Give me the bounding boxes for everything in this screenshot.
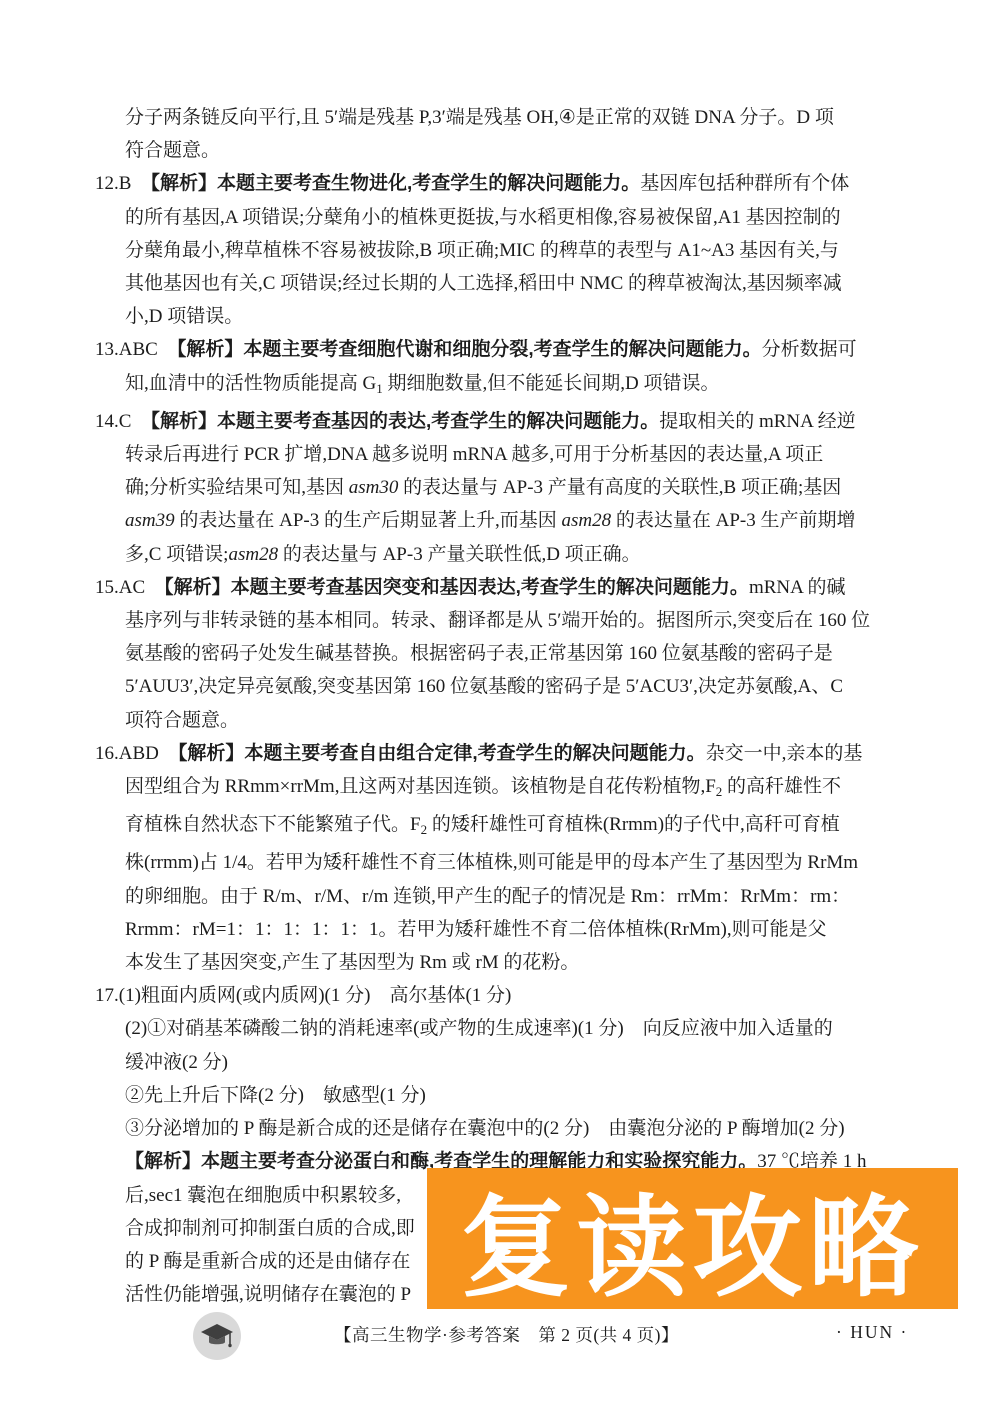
text: 的 P 酶是重新合成的还是由储存在 — [125, 1251, 410, 1272]
text: 分子两条链反向平行,且 5′端是残基 P,3′端是残基 OH,④是正常的双链 D… — [125, 107, 834, 128]
text-line: 17.(1)粗面内质网(或内质网)(1 分) 高尔基体(1 分) — [95, 979, 940, 1012]
text-line: 16.ABD 【解析】本题主要考查自由组合定律,考查学生的解决问题能力。杂交一中… — [95, 737, 940, 770]
text: 多,C 项错误; — [125, 544, 228, 565]
footer-page-info: 【高三生物学·参考答案 第 2 页(共 4 页)】 — [334, 1322, 679, 1347]
text: 15.AC — [95, 577, 164, 598]
text-line: 本发生了基因突变,产生了基因型为 Rm 或 rM 的花粉。 — [95, 946, 940, 979]
text: 的表达量在 AP-3 生产前期增 — [611, 510, 855, 531]
text-line: 确;分析实验结果可知,基因 asm30 的表达量与 AP-3 产量有高度的关联性… — [95, 471, 940, 504]
text-line: 知,血清中的活性物质能提高 G1 期细胞数量,但不能延长间期,D 项错误。 — [95, 367, 940, 405]
text: 的矮秆雄性可育植株(Rrmm)的子代中,高秆可育植 — [427, 814, 840, 835]
italic-text: asm30 — [349, 477, 399, 498]
text: 的高秆雄性不 — [722, 776, 841, 797]
text: 符合题意。 — [125, 140, 220, 161]
bold-text: 【解析】本题主要考查基因的表达,考查学生的解决问题能力。 — [150, 411, 659, 432]
footer-region-code: · HUN · — [836, 1322, 908, 1343]
text-line: Rrmm：rM=1：1：1：1：1：1。若甲为矮秆雄性不育二倍体植株(RrMm)… — [95, 913, 940, 946]
text: 的表达量与 AP-3 产量关联性低,D 项正确。 — [278, 544, 641, 565]
bold-text: 【解析】本题主要考查自由组合定律,考查学生的解决问题能力。 — [178, 743, 706, 764]
text: 12.B — [95, 173, 150, 194]
bold-text: 【解析】本题主要考查基因突变和基因表达,考查学生的解决问题能力。 — [164, 577, 749, 598]
text: mRNA 的碱 — [749, 577, 846, 598]
text: 氨基酸的密码子处发生碱基替换。根据密码子表,正常基因第 160 位氨基酸的密码子… — [125, 643, 833, 664]
text-line: 的卵细胞。由于 R/m、r/M、r/m 连锁,甲产生的配子的情况是 Rm：rrM… — [95, 880, 940, 913]
text-line: 因型组合为 RRmm×rrMm,且这两对基因连锁。该植物是自花传粉植物,F2 的… — [95, 770, 940, 808]
text-line: 分蘖角最小,稗草植株不容易被拔除,B 项正确;MIC 的稗草的表型与 A1~A3… — [95, 234, 940, 267]
text: 基因库包括种群所有个体 — [640, 173, 849, 194]
text-line: 15.AC 【解析】本题主要考查基因突变和基因表达,考查学生的解决问题能力。mR… — [95, 571, 940, 604]
text: 17.(1)粗面内质网(或内质网)(1 分) 高尔基体(1 分) — [95, 985, 511, 1006]
text-line: ③分泌增加的 P 酶是新合成的还是储存在囊泡中的(2 分) 由囊泡分泌的 P 酶… — [95, 1112, 940, 1145]
text-line: (2)①对硝基苯磷酸二钠的消耗速率(或产物的生成速率)(1 分) 向反应液中加入… — [95, 1012, 940, 1045]
document-body: 分子两条链反向平行,且 5′端是残基 P,3′端是残基 OH,④是正常的双链 D… — [95, 101, 940, 1311]
text: 的所有基因,A 项错误;分蘖角小的植株更挺拔,与水稻更相像,容易被保留,A1 基… — [125, 207, 841, 228]
text: 活性仍能增强,说明储存在囊泡的 P — [125, 1284, 411, 1305]
text: 本发生了基因突变,产生了基因型为 Rm 或 rM 的花粉。 — [125, 952, 579, 973]
text: 合成抑制剂可抑制蛋白质的合成,即 — [125, 1218, 415, 1239]
text-line: 基序列与非转录链的基本相同。转录、翻译都是从 5′端开始的。据图所示,突变后在 … — [95, 604, 940, 637]
text: 因型组合为 RRmm×rrMm,且这两对基因连锁。该植物是自花传粉植物,F — [125, 776, 716, 797]
text-line: 14.C 【解析】本题主要考查基因的表达,考查学生的解决问题能力。提取相关的 m… — [95, 405, 940, 438]
text-line: 多,C 项错误;asm28 的表达量与 AP-3 产量关联性低,D 项正确。 — [95, 538, 940, 571]
text: Rrmm：rM=1：1：1：1：1：1。若甲为矮秆雄性不育二倍体植株(RrMm)… — [125, 919, 827, 940]
text: 期细胞数量,但不能延长间期,D 项错误。 — [383, 373, 720, 394]
text-line: 转录后再进行 PCR 扩增,DNA 越多说明 mRNA 越多,可用于分析基因的表… — [95, 438, 940, 471]
text: ③分泌增加的 P 酶是新合成的还是储存在囊泡中的(2 分) 由囊泡分泌的 P 酶… — [125, 1118, 845, 1139]
text: 株(rrmm)占 1/4。若甲为矮秆雄性不育三体植株,则可能是甲的母本产生了基因… — [125, 852, 858, 873]
text-line: asm39 的表达量在 AP-3 的生产后期显著上升,而基因 asm28 的表达… — [95, 504, 940, 537]
text: 16.ABD — [95, 743, 178, 764]
italic-text: asm28 — [562, 510, 612, 531]
text: 分析数据可 — [762, 339, 857, 360]
text: 后,sec1 囊泡在细胞质中积累较多, — [125, 1185, 401, 1206]
text-line: 分子两条链反向平行,且 5′端是残基 P,3′端是残基 OH,④是正常的双链 D… — [95, 101, 940, 134]
publisher-logo — [193, 1312, 241, 1360]
text: 小,D 项错误。 — [125, 306, 243, 327]
bold-text: 【解析】本题主要考查生物进化,考查学生的解决问题能力。 — [150, 173, 640, 194]
text: 的表达量在 AP-3 的生产后期显著上升,而基因 — [175, 510, 562, 531]
text: 的表达量与 AP-3 产量有高度的关联性,B 项正确;基因 — [398, 477, 841, 498]
text: (2)①对硝基苯磷酸二钠的消耗速率(或产物的生成速率)(1 分) 向反应液中加入… — [125, 1018, 833, 1039]
text-line: 13.ABC 【解析】本题主要考查细胞代谢和细胞分裂,考查学生的解决问题能力。分… — [95, 333, 940, 366]
italic-text: asm39 — [125, 510, 175, 531]
text-line: ②先上升后下降(2 分) 敏感型(1 分) — [95, 1079, 940, 1112]
text-line: 小,D 项错误。 — [95, 300, 940, 333]
text-line: 育植株自然状态下不能繁殖子代。F2 的矮秆雄性可育植株(Rrmm)的子代中,高秆… — [95, 808, 940, 846]
text: 5′AUU3′,决定异亮氨酸,突变基因第 160 位氨基酸的密码子是 5′ACU… — [125, 676, 843, 697]
text-line: 氨基酸的密码子处发生碱基替换。根据密码子表,正常基因第 160 位氨基酸的密码子… — [95, 637, 940, 670]
text: 转录后再进行 PCR 扩增,DNA 越多说明 mRNA 越多,可用于分析基因的表… — [125, 444, 823, 465]
text-line: 株(rrmm)占 1/4。若甲为矮秆雄性不育三体植株,则可能是甲的母本产生了基因… — [95, 846, 940, 879]
text: 确;分析实验结果可知,基因 — [125, 477, 349, 498]
text-line: 5′AUU3′,决定异亮氨酸,突变基因第 160 位氨基酸的密码子是 5′ACU… — [95, 670, 940, 703]
text: 提取相关的 mRNA 经逆 — [659, 411, 855, 432]
watermark-text: 复读攻略 — [461, 1160, 925, 1318]
text-line: 其他基因也有关,C 项错误;经过长期的人工选择,稻田中 NMC 的稗草被淘汰,基… — [95, 267, 940, 300]
text: 的卵细胞。由于 R/m、r/M、r/m 连锁,甲产生的配子的情况是 Rm：rrM… — [125, 886, 850, 907]
text-line: 缓冲液(2 分) — [95, 1046, 940, 1079]
text-line: 项符合题意。 — [95, 704, 940, 737]
graduation-cap-icon — [200, 1321, 234, 1351]
text: 知,血清中的活性物质能提高 G — [125, 373, 376, 394]
text: 基序列与非转录链的基本相同。转录、翻译都是从 5′端开始的。据图所示,突变后在 … — [125, 610, 870, 631]
text: 育植株自然状态下不能繁殖子代。F — [125, 814, 421, 835]
text: 13.ABC — [95, 339, 177, 360]
text: 分蘖角最小,稗草植株不容易被拔除,B 项正确;MIC 的稗草的表型与 A1~A3… — [125, 240, 839, 261]
text-line: 的所有基因,A 项错误;分蘖角小的植株更挺拔,与水稻更相像,容易被保留,A1 基… — [95, 201, 940, 234]
text-line: 符合题意。 — [95, 134, 940, 167]
text-line: 12.B 【解析】本题主要考查生物进化,考查学生的解决问题能力。基因库包括种群所… — [95, 167, 940, 200]
text: 14.C — [95, 411, 150, 432]
text: 项符合题意。 — [125, 710, 239, 731]
text: 杂交一中,亲本的基 — [706, 743, 863, 764]
bold-text: 【解析】本题主要考查细胞代谢和细胞分裂,考查学生的解决问题能力。 — [177, 339, 762, 360]
text: ②先上升后下降(2 分) 敏感型(1 分) — [125, 1085, 426, 1106]
watermark-banner: 复读攻略 — [427, 1168, 958, 1309]
text: 其他基因也有关,C 项错误;经过长期的人工选择,稻田中 NMC 的稗草被淘汰,基… — [125, 273, 842, 294]
italic-text: asm28 — [228, 544, 278, 565]
text: 缓冲液(2 分) — [125, 1052, 228, 1073]
